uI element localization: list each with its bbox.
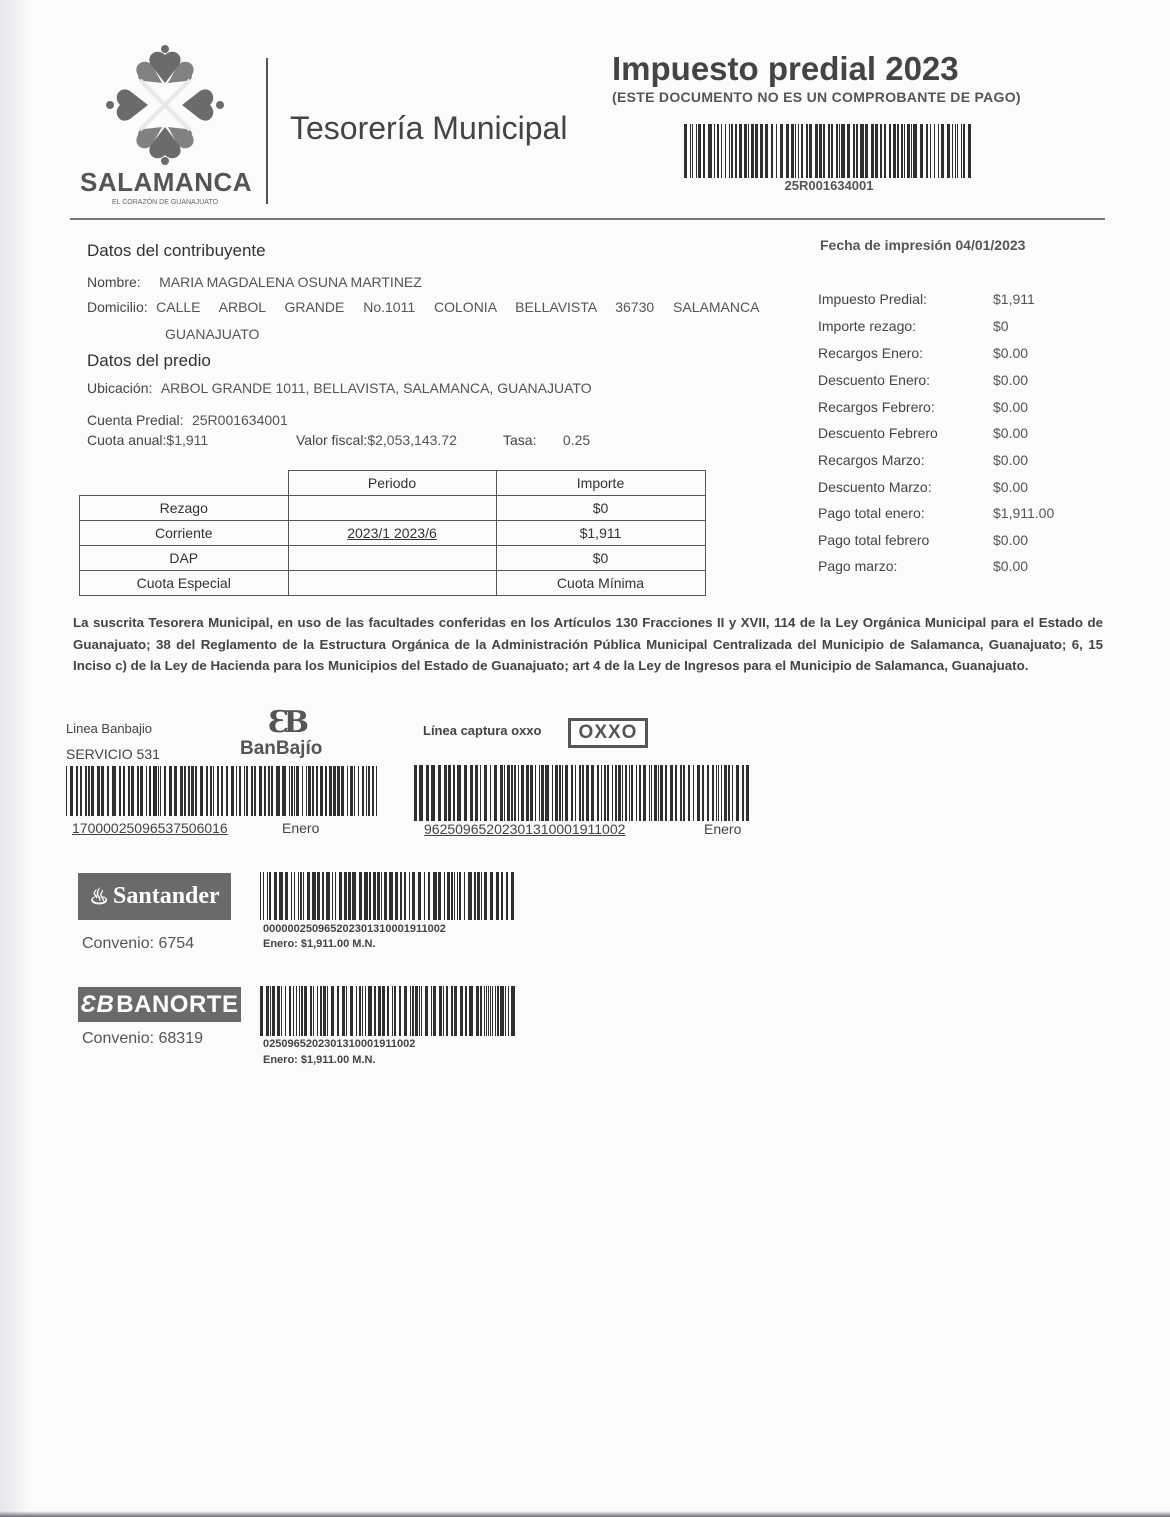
concepto-cell: Corriente — [80, 521, 289, 546]
nombre-label: Nombre: — [87, 274, 141, 290]
print-date: Fecha de impresión 04/01/2023 — [820, 237, 1025, 253]
summary-label: Recargos Febrero: — [818, 399, 935, 415]
ubicacion-value: ARBOL GRANDE 1011, BELLAVISTA, SALAMANCA… — [161, 380, 592, 396]
table-header-row: Periodo Importe — [80, 471, 706, 496]
cuenta-row: Cuenta Predial: 25R001634001 — [87, 412, 288, 430]
banbajio-month: Enero — [282, 820, 319, 836]
santander-amount: Enero: $1,911.00 M.N. — [263, 938, 376, 950]
valor-value: $2,053,143.72 — [367, 432, 457, 448]
ubicacion-row: Ubicación: ARBOL GRANDE 1011, BELLAVISTA… — [87, 380, 592, 398]
banorte-amount: Enero: $1,911.00 M.N. — [263, 1054, 376, 1066]
periodo-cell — [288, 496, 496, 521]
oxxo-label: Línea captura oxxo — [423, 723, 541, 738]
summary-value: $1,911 — [993, 291, 1035, 307]
table-header-importe: Importe — [496, 471, 705, 496]
summary-value: $1,911.00 — [993, 505, 1054, 521]
table-row: DAP $0 — [80, 546, 706, 571]
importe-cell: Cuota Mínima — [496, 571, 705, 596]
summary-value: $0.00 — [993, 452, 1028, 468]
tasa-row: Tasa: 0.25 — [503, 432, 590, 450]
domicilio-row: Domicilio: CALLE ARBOL GRANDE No.1011 CO… — [87, 299, 759, 317]
summary-label: Descuento Enero: — [818, 372, 930, 388]
santander-barcode — [260, 872, 518, 920]
cuota-value: $1,911 — [166, 432, 208, 448]
valor-row: Valor fiscal:$2,053,143.72 — [296, 432, 457, 450]
heart-emblem-icon — [80, 45, 250, 165]
tasa-value: 0.25 — [563, 432, 590, 448]
oxxo-barcode — [414, 765, 750, 821]
flame-icon: ♨ — [89, 884, 109, 910]
table-row: Rezago $0 — [80, 496, 706, 521]
summary-value: $0 — [993, 318, 1009, 334]
municipality-tagline: EL CORAZÓN DE GUANAJUATO — [80, 199, 250, 206]
summary-value: $0.00 — [993, 425, 1028, 441]
summary-value: $0.00 — [993, 399, 1028, 415]
paper-shadow-left — [0, 0, 30, 1517]
domicilio-value-line1: CALLE ARBOL GRANDE No.1011 COLONIA BELLA… — [156, 299, 759, 315]
banbajio-logo-text: BanBajío — [240, 738, 322, 760]
table-header-blank — [80, 471, 289, 496]
concepto-cell: Rezago — [80, 496, 289, 521]
summary-label: Descuento Marzo: — [818, 479, 932, 495]
banorte-logo: ƐB BANORTE — [78, 987, 241, 1022]
summary-label: Impuesto Predial: — [818, 291, 927, 307]
periodo-cell — [288, 546, 496, 571]
valor-label: Valor fiscal: — [296, 432, 367, 448]
banbajio-label: Linea Banbajio — [66, 721, 152, 736]
periodo-cell — [288, 571, 496, 596]
banbajio-service: SERVICIO 531 — [66, 746, 160, 762]
salamanca-logo: SALAMANCA EL CORAZÓN DE GUANAJUATO — [80, 45, 250, 210]
summary-value: $0.00 — [993, 345, 1028, 361]
banorte-number: 0250965202301310001911002 — [263, 1038, 415, 1050]
concepto-cell: Cuota Especial — [80, 571, 289, 596]
summary-label: Pago marzo: — [818, 558, 897, 574]
table-header-periodo: Periodo — [288, 471, 496, 496]
ubicacion-label: Ubicación: — [87, 380, 152, 396]
municipality-name: SALAMANCA — [80, 167, 250, 198]
banbajio-logo-icon: ƐB — [268, 705, 303, 740]
cuota-label: Cuota anual: — [87, 432, 166, 448]
period-table: Periodo Importe Rezago $0 Corriente 2023… — [79, 470, 706, 596]
summary-label: Pago total enero: — [818, 505, 925, 521]
oxxo-number: 9625096520230131000191100​2 — [424, 821, 625, 837]
nombre-row: Nombre: MARIA MAGDALENA OSUNA MARTINEZ — [87, 274, 422, 292]
banbajio-number: 17000025096537506016 — [72, 820, 228, 836]
paper-shadow-bottom — [0, 1511, 1170, 1517]
importe-cell: $1,911 — [496, 521, 705, 546]
office-name: Tesorería Municipal — [290, 110, 567, 147]
banbajio-barcode — [66, 766, 378, 816]
importe-cell: $0 — [496, 546, 705, 571]
cuenta-label: Cuenta Predial: — [87, 412, 184, 428]
document-subtitle: (ESTE DOCUMENTO NO ES UN COMPROBANTE DE … — [612, 89, 1021, 105]
nombre-value: MARIA MAGDALENA OSUNA MARTINEZ — [159, 274, 422, 290]
domicilio-value-line2: GUANAJUATO — [165, 326, 259, 342]
banorte-convenio: Convenio: 68319 — [82, 1030, 203, 1048]
document-title: Impuesto predial 2023 — [612, 50, 959, 88]
section-predio-heading: Datos del predio — [87, 351, 211, 371]
domicilio-label: Domicilio: — [87, 299, 148, 315]
periodo-cell: 2023/1 2023/6 — [288, 521, 496, 546]
summary-value: $0.00 — [993, 479, 1028, 495]
santander-logo-text: Santander — [113, 883, 220, 910]
concepto-cell: DAP — [80, 546, 289, 571]
cuenta-value: 25R001634001 — [192, 412, 288, 428]
account-barcode — [684, 124, 974, 178]
importe-cell: $0 — [496, 496, 705, 521]
banorte-mark-icon: ƐB — [81, 991, 115, 1019]
summary-value: $0.00 — [993, 558, 1028, 574]
table-row: Cuota Especial Cuota Mínima — [80, 571, 706, 596]
legal-text: La suscrita Tesorera Municipal, en uso d… — [73, 612, 1103, 677]
summary-value: $0.00 — [993, 372, 1028, 388]
santander-convenio: Convenio: 6754 — [82, 935, 194, 953]
oxxo-logo: OXXO — [568, 718, 648, 748]
header-rule — [70, 218, 1105, 220]
banorte-logo-text: BANORTE — [116, 991, 238, 1019]
summary-label: Pago total febrero — [818, 532, 929, 548]
cuota-row: Cuota anual:$1,911 — [87, 432, 208, 450]
summary-value: $0.00 — [993, 532, 1028, 548]
account-barcode-number: 25R001634001 — [684, 178, 974, 193]
summary-label: Importe rezago: — [818, 318, 916, 334]
summary-label: Descuento Febrero — [818, 425, 938, 441]
summary-label: Recargos Enero: — [818, 345, 923, 361]
santander-number: 000000250965202301310001911002 — [263, 923, 446, 935]
table-row: Corriente 2023/1 2023/6 $1,911 — [80, 521, 706, 546]
section-contribuyente-heading: Datos del contribuyente — [87, 241, 266, 261]
santander-logo: ♨ Santander — [78, 873, 231, 920]
summary-label: Recargos Marzo: — [818, 452, 925, 468]
oxxo-month: Enero — [704, 821, 741, 837]
tasa-label: Tasa: — [503, 432, 536, 448]
header-divider — [266, 58, 268, 204]
banorte-barcode — [260, 986, 518, 1036]
